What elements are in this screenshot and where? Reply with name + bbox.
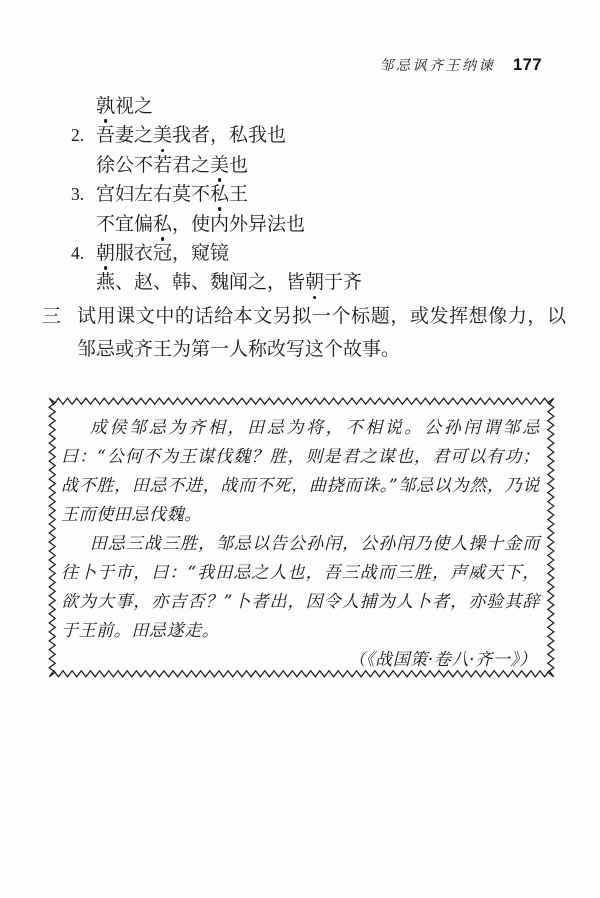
- exercise-sentence: 吾妻之美我者，私我也: [96, 125, 286, 146]
- text-run: 吾妻之: [96, 125, 153, 146]
- text-run: 于齐: [324, 272, 362, 293]
- emphasized-character: 私: [153, 214, 172, 235]
- exercise-sentence: 宫妇左右莫不私王: [96, 184, 248, 205]
- exercise-line: 4. 朝服衣冠，窥镜: [96, 239, 564, 268]
- lesson-title: 邹忌讽齐王纳谏: [379, 58, 495, 74]
- emphasized-character: 朝: [305, 272, 324, 293]
- text-run: 我者，私我也: [172, 125, 286, 146]
- item-number: 4.: [71, 239, 95, 268]
- exercise-line: 2. 吾妻之美我者，私我也: [96, 121, 564, 150]
- exercise-line: 燕、赵、韩、魏闻之，皆朝于齐: [96, 268, 564, 297]
- passage-citation: （《战国策·卷八·齐一》）: [61, 646, 540, 675]
- page-header: 邹忌讽齐王纳谏177: [0, 55, 542, 75]
- textbook-page: 邹忌讽齐王纳谏177 孰视之 2. 吾妻之美我者，私我也 徐公不若君之美也 3.…: [0, 0, 600, 898]
- text-run: 徐公不若君之: [96, 155, 210, 176]
- passage-paragraph-1: 成侯邹忌为齐相，田忌为将，不相说。公孙闬谓邹忌曰：“公何不为王谋伐魏？胜，则是君…: [61, 414, 540, 530]
- text-run: 王: [229, 184, 248, 205]
- section-number: 三: [42, 300, 61, 333]
- emphasized-character: 孰: [96, 96, 115, 117]
- item-number: 2.: [71, 121, 95, 150]
- exercise-line: 3. 宫妇左右莫不私王: [96, 180, 564, 209]
- passage-paragraph-2: 田忌三战三胜，邹忌以告公孙闬，公孙闬乃使人操十金而往卜于市，曰：“我田忌之人也，…: [61, 530, 540, 646]
- text-run: 宫妇左右莫不: [96, 184, 210, 205]
- exercise-line: 孰视之: [96, 92, 564, 121]
- text-run: ，使内外异法也: [172, 214, 305, 235]
- item-number: 3.: [71, 180, 95, 209]
- exercise-list: 孰视之 2. 吾妻之美我者，私我也 徐公不若君之美也 3. 宫妇左右莫不私王 不…: [96, 92, 564, 298]
- emphasized-character: 美: [210, 155, 229, 176]
- passage-content: 成侯邹忌为齐相，田忌为将，不相说。公孙闬谓邹忌曰：“公何不为王谋伐魏？胜，则是君…: [48, 397, 555, 678]
- text-run: 燕、赵、韩、魏闻之，皆: [96, 272, 305, 293]
- emphasized-character: 私: [210, 184, 229, 205]
- emphasized-character: 朝: [96, 243, 115, 264]
- exercise-line: 不宜偏私，使内外异法也: [96, 210, 564, 239]
- exercise-sentence: 不宜偏私，使内外异法也: [96, 214, 305, 235]
- emphasized-character: 美: [153, 125, 172, 146]
- exercise-sentence: 徐公不若君之美也: [96, 155, 248, 176]
- text-run: 不宜偏: [96, 214, 153, 235]
- exercise-sentence: 朝服衣冠，窥镜: [96, 243, 229, 264]
- passage-box: 成侯邹忌为齐相，田忌为将，不相说。公孙闬谓邹忌曰：“公何不为王谋伐魏？胜，则是君…: [48, 397, 555, 678]
- question-three: 三 试用课文中的话给本文另拟一个标题，或发挥想像力，以邹忌或齐王为第一人称改写这…: [42, 300, 566, 366]
- exercise-sentence: 孰视之: [96, 96, 153, 117]
- text-run: 也: [229, 155, 248, 176]
- exercise-sentence: 燕、赵、韩、魏闻之，皆朝于齐: [96, 272, 362, 293]
- question-three-text: 试用课文中的话给本文另拟一个标题，或发挥想像力，以邹忌或齐王为第一人称改写这个故…: [77, 300, 566, 366]
- text-run: 视之: [115, 96, 153, 117]
- exercise-line: 徐公不若君之美也: [96, 151, 564, 180]
- page-number: 177: [513, 56, 542, 74]
- text-run: 服衣冠，窥镜: [115, 243, 229, 264]
